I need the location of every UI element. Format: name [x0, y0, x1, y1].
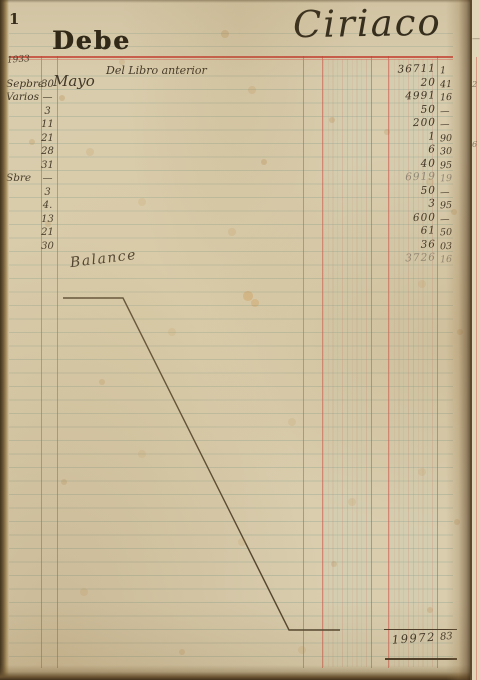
day-number: 4.	[39, 199, 56, 212]
ledger-row: Sbre—691919	[0, 172, 480, 186]
ledger-row: 13600—	[0, 213, 480, 227]
next-page-partial-mark: 6	[472, 140, 480, 149]
ledger-row: 11200—	[0, 118, 480, 132]
entry-amount: 3726	[340, 251, 436, 267]
top-red-rule	[9, 56, 453, 58]
ledger-row: Varios—499116	[0, 91, 480, 105]
next-page-partial-mark: —	[472, 34, 480, 43]
book-bottom-edge	[0, 665, 480, 680]
account-name: Ciriaco	[293, 1, 442, 47]
month-label: Sbre	[6, 172, 40, 185]
day-number: 21	[39, 132, 56, 145]
day-number: —	[39, 91, 56, 104]
ledger-row: 216150	[0, 226, 480, 240]
day-number: 28	[39, 145, 56, 158]
day-number: 11	[39, 118, 56, 131]
page-title-debe: Debe	[52, 26, 131, 55]
day-number: 3	[39, 186, 56, 199]
day-number: 13	[39, 213, 56, 226]
month-label: Sepbre	[6, 78, 40, 91]
page-number: 1	[9, 10, 19, 28]
ledger-row: 350—	[0, 186, 480, 200]
day-number: 21	[39, 226, 56, 239]
entry-description: Del Libro anterior	[106, 64, 207, 77]
ledger-row: 314095	[0, 159, 480, 173]
day-number: 31	[39, 159, 56, 172]
ledger-row: 21190	[0, 132, 480, 146]
top-red-rule-shadow	[9, 59, 453, 60]
day-number: —	[39, 172, 56, 185]
next-page-red-rule	[476, 57, 477, 680]
ledger-row: Sepbre30Mayo2041	[0, 78, 480, 92]
ledger-row: 4.395	[0, 199, 480, 213]
binding-gutter-shadow	[446, 0, 471, 680]
day-number: 3	[39, 105, 56, 118]
next-page-sliver: —26	[472, 0, 480, 680]
next-page-partial-mark: 2	[472, 80, 480, 89]
ledger-row: 350—	[0, 105, 480, 119]
entry-description: Mayo	[53, 75, 95, 88]
day-number: 30	[39, 240, 56, 253]
ledger-row: 28630	[0, 145, 480, 159]
book-left-edge	[0, 0, 9, 680]
book-top-edge	[0, 0, 480, 3]
ledger-page: 1 Debe Ciriaco 1933 Del Libro anterior36…	[0, 0, 480, 680]
ledger-row: Balance372616	[0, 253, 480, 267]
ledger-row: 303603	[0, 240, 480, 254]
month-label: Varios	[6, 91, 40, 104]
